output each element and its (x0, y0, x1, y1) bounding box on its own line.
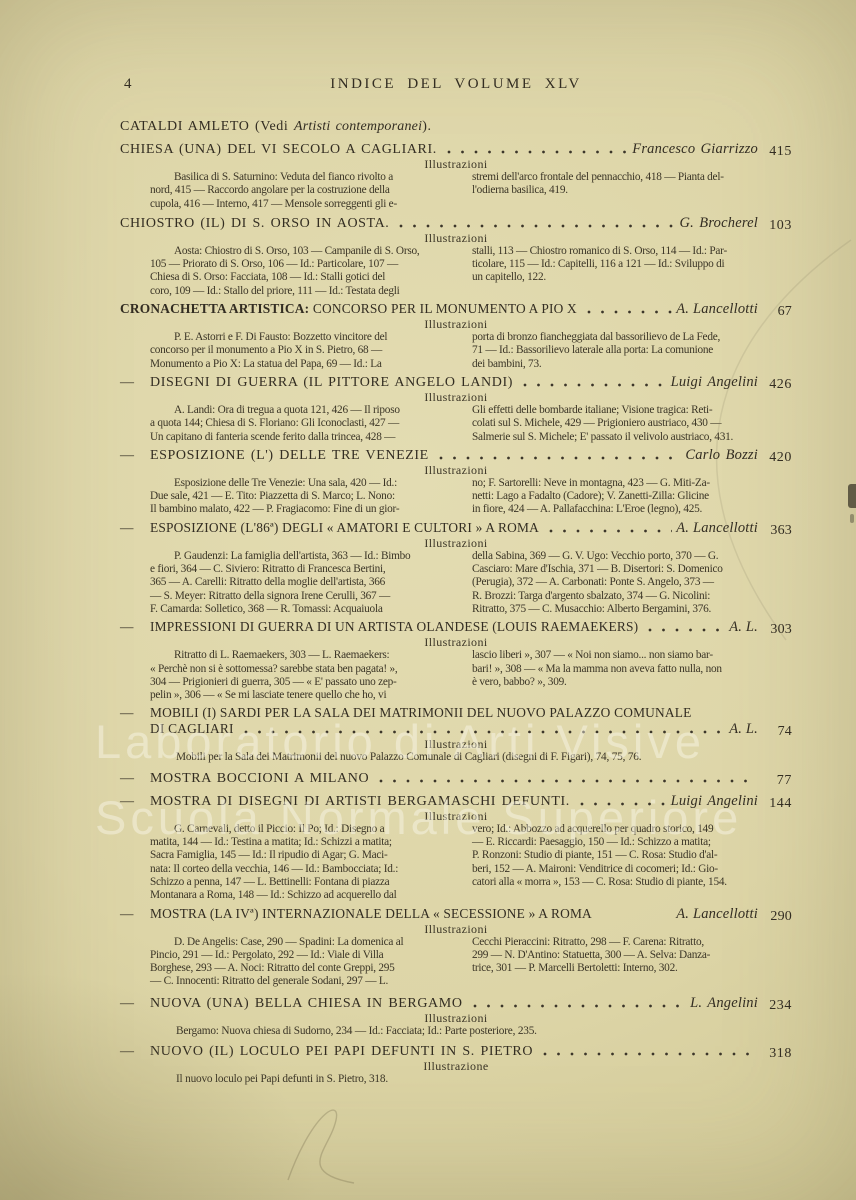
entry-author: A. Lancellotti (676, 301, 758, 317)
illustrations-column-left: Basilica di S. Saturnino: Veduta del fia… (150, 171, 460, 211)
illustrations-label: Illustrazioni (120, 391, 792, 404)
index-entry-cataldi: CATALDI AMLETO (Vedi Artisti contemporan… (120, 119, 792, 135)
entry-author: Carlo Bozzi (685, 447, 758, 463)
entry-title: DISEGNI DI GUERRA (IL PITTORE ANGELO LAN… (150, 375, 513, 391)
illustrations-column-left: A. Landi: Ora di tregua a quota 121, 426… (150, 404, 460, 444)
entry-title: MOSTRA (LA IVª) INTERNAZIONALE DELLA « S… (150, 906, 592, 922)
illustrations-text: Aosta: Chiostro di S. Orso, 103 — Campan… (150, 245, 792, 298)
dot-leader (644, 623, 725, 635)
index-entry-mobili-sardi: — MOBILI (I) SARDI PER LA SALA DEI MATRI… (120, 705, 792, 764)
entry-title-line-1: MOBILI (I) SARDI PER LA SALA DEI MATRIMO… (150, 705, 792, 721)
illustrations-label: Illustrazioni (120, 318, 792, 331)
illustrations-column-right: della Sabina, 369 — G. V. Ugo: Vecchio p… (472, 550, 792, 616)
illustrations-text: G. Carnevali, detto il Piccio: Il Po; Id… (150, 823, 792, 903)
subentry-dash: — (120, 794, 150, 810)
illustrations-column-left: G. Carnevali, detto il Piccio: Il Po; Id… (150, 823, 460, 903)
page-header: 4 INDICE DEL VOLUME XLV (120, 76, 792, 94)
entry-title: MOSTRA BOCCIONI A MILANO (150, 771, 369, 787)
entry-page-number: 415 (758, 144, 792, 160)
illustrations-label: Illustrazioni (120, 636, 792, 649)
entry-page-number: 303 (758, 622, 792, 638)
entry-author: A. Lancellotti (676, 906, 758, 922)
index-entry-chiesa: CHIESA (UNA) DEL VI SECOLO A CAGLIARI. F… (120, 141, 792, 211)
illustrations-column-left: Aosta: Chiostro di S. Orso, 103 — Campan… (150, 245, 460, 298)
dot-leader (435, 451, 682, 463)
entry-page-number: 74 (758, 724, 792, 740)
entry-page-number: 77 (758, 773, 792, 789)
scan-edge-mark (850, 514, 854, 523)
entry-title: CHIOSTRO (IL) DI S. ORSO IN AOSTA. (120, 216, 389, 232)
subentry-dash: — (120, 906, 150, 922)
subentry-dash: — (120, 705, 150, 721)
index-entry-tre-venezie: — ESPOSIZIONE (L') DELLE TRE VENEZIE Car… (120, 447, 792, 517)
index-entry-chiostro: CHIOSTRO (IL) DI S. ORSO IN AOSTA. G. Br… (120, 215, 792, 298)
illustrations-text: P. Gaudenzi: La famiglia dell'artista, 3… (150, 550, 792, 616)
illustrations-label: Illustrazioni (120, 810, 792, 823)
illustrations-column-right: porta di bronzo fiancheggiata dal bassor… (472, 331, 792, 371)
index-entry-impressioni: — IMPRESSIONI DI GUERRA DI UN ARTISTA OL… (120, 619, 792, 702)
illustrations-column-left: P. Gaudenzi: La famiglia dell'artista, 3… (150, 550, 460, 616)
entry-page-number: 426 (758, 377, 792, 393)
illustrations-label: Illustrazioni (120, 232, 792, 245)
illustrations-label: Illustrazioni (120, 923, 792, 936)
dot-leader (583, 305, 672, 317)
scan-edge-mark (848, 484, 856, 508)
scanned-index-page: { "colors": {"paper": "#ddd5a7", "ink": … (0, 0, 856, 1200)
entry-title-text: CONCORSO PER IL MONUMENTO A PIO X (313, 301, 577, 316)
entry-title: NUOVA (UNA) BELLA CHIESA IN BERGAMO (150, 996, 463, 1012)
illustrations-label: Illustrazione (120, 1060, 792, 1073)
subentry-dash: — (120, 996, 150, 1012)
index-entry-cronachetta: CRONACHETTA ARTISTICA: CONCORSO PER IL M… (120, 301, 792, 371)
index-entry-nuova-chiesa: — NUOVA (UNA) BELLA CHIESA IN BERGAMO L.… (120, 995, 792, 1038)
illustrations-column-left: Ritratto di L. Raemaekers, 303 — L. Raem… (150, 649, 460, 702)
subentry-dash: — (120, 520, 150, 536)
entry-title: CHIESA (UNA) DEL VI SECOLO A CAGLIARI. (120, 142, 437, 158)
entry-title: ESPOSIZIONE (L') DELLE TRE VENEZIE (150, 448, 429, 464)
entry-page-number: 318 (758, 1046, 792, 1062)
dot-leader (545, 524, 672, 536)
entry-title-text: CATALDI AMLETO (Vedi (120, 119, 294, 134)
illustrations-column-right: no; F. Sartorelli: Neve in montagna, 423… (472, 477, 792, 517)
illustrations-label: Illustrazioni (120, 1012, 792, 1025)
illustrations-note: Il nuovo loculo pei Papi defunti in S. P… (150, 1073, 792, 1086)
dot-leader (375, 774, 754, 786)
subentry-dash: — (120, 448, 150, 464)
volume-index-title: INDICE DEL VOLUME XLV (330, 76, 582, 93)
entry-page-number: 144 (758, 796, 792, 812)
subentry-dash: — (120, 375, 150, 391)
entry-title-text: DI CAGLIARI (150, 721, 234, 737)
entry-title-block: MOBILI (I) SARDI PER LA SALA DEI MATRIMO… (150, 705, 792, 738)
subentry-dash: — (120, 619, 150, 635)
illustrations-column-left: Esposizione delle Tre Venezie: Una sala,… (150, 477, 460, 517)
entry-author: A. Lancellotti (676, 520, 758, 536)
subentry-dash: — (120, 771, 150, 787)
entry-author: G. Brocherel (679, 215, 758, 231)
entry-page-number: 67 (758, 304, 792, 320)
illustrations-text: P. E. Astorri e F. Di Fausto: Bozzetto v… (150, 331, 792, 371)
entry-title: MOSTRA DI DISEGNI DI ARTISTI BERGAMASCHI… (150, 794, 570, 810)
index-entry-nuovo-loculo: — NUOVO (IL) LOCULO PEI PAPI DEFUNTI IN … (120, 1044, 792, 1086)
illustrations-text: A. Landi: Ora di tregua a quota 121, 426… (150, 404, 792, 444)
page-number: 4 (124, 76, 132, 93)
illustrations-text: Basilica di S. Saturnino: Veduta del fia… (150, 171, 792, 211)
entry-page-number: 363 (758, 523, 792, 539)
illustrations-text: Esposizione delle Tre Venezie: Una sala,… (150, 477, 792, 517)
entry-title: NUOVO (IL) LOCULO PEI PAPI DEFUNTI IN S.… (150, 1044, 533, 1060)
entry-author: Luigi Angelini (671, 374, 758, 390)
entry-title-bold: CRONACHETTA ARTISTICA: (120, 301, 309, 316)
illustrations-column-right: Gli effetti delle bombarde italiane; Vis… (472, 404, 792, 444)
entry-title: CATALDI AMLETO (Vedi Artisti contemporan… (120, 119, 432, 135)
illustrations-column-right: Cecchi Pieraccini: Ritratto, 298 — F. Ca… (472, 936, 792, 989)
subentry-dash: — (120, 1044, 150, 1060)
index-entry-amatori-cultori: — ESPOSIZIONE (L'86ª) DEGLI « AMATORI E … (120, 520, 792, 616)
illustrations-label: Illustrazioni (120, 464, 792, 477)
index-entry-disegni: — DISEGNI DI GUERRA (IL PITTORE ANGELO L… (120, 374, 792, 444)
entry-author: A. L. (729, 721, 758, 737)
index-entry-secessione: — MOSTRA (LA IVª) INTERNAZIONALE DELLA «… (120, 906, 792, 989)
dot-leader (469, 999, 687, 1011)
illustrations-label: Illustrazioni (120, 537, 792, 550)
dot-leader (240, 725, 726, 737)
entry-author: A. L. (729, 619, 758, 635)
entry-title-line-2: DI CAGLIARI A. L. 74 (150, 721, 792, 738)
entry-author: Francesco Giarrizzo (632, 141, 758, 157)
illustrations-column-right: stremi dell'arco frontale del pennacchio… (472, 171, 792, 211)
entry-page-number: 420 (758, 450, 792, 466)
illustrations-label: Illustrazioni (120, 738, 792, 751)
illustrations-column-left: D. De Angelis: Case, 290 — Spadini: La d… (150, 936, 460, 989)
entry-title-text: ). (422, 119, 431, 134)
entry-author: L. Angelini (690, 995, 758, 1011)
entry-title: CRONACHETTA ARTISTICA: CONCORSO PER IL M… (120, 301, 577, 317)
illustrations-text: D. De Angelis: Case, 290 — Spadini: La d… (150, 936, 792, 989)
entry-page-number: 234 (758, 998, 792, 1014)
illustrations-column-left: P. E. Astorri e F. Di Fausto: Bozzetto v… (150, 331, 460, 371)
entry-title: ESPOSIZIONE (L'86ª) DEGLI « AMATORI E CU… (150, 520, 539, 536)
entry-title-italic: Artisti contemporanei (294, 119, 422, 134)
entry-author: Luigi Angelini (671, 793, 758, 809)
entry-title: IMPRESSIONI DI GUERRA DI UN ARTISTA OLAN… (150, 619, 638, 635)
illustrations-note: Mobili per la Sala dei Matrimonii del nu… (150, 751, 792, 764)
illustrations-column-right: lascio liberi », 307 — « Noi non siamo..… (472, 649, 792, 702)
dot-leader (539, 1047, 754, 1059)
dot-leader (443, 145, 628, 157)
illustrations-note: Bergamo: Nuova chiesa di Sudorno, 234 — … (150, 1025, 792, 1038)
pencil-scribble (268, 1085, 418, 1195)
index-entry-boccioni: — MOSTRA BOCCIONI A MILANO 77 (120, 771, 792, 787)
illustrations-text: Ritratto di L. Raemaekers, 303 — L. Raem… (150, 649, 792, 702)
index-entry-bergamaschi: — MOSTRA DI DISEGNI DI ARTISTI BERGAMASC… (120, 793, 792, 903)
entry-page-number: 290 (758, 909, 792, 925)
illustrations-column-right: stalli, 113 — Chiostro romanico di S. Or… (472, 245, 792, 298)
dot-leader (519, 378, 667, 390)
dot-leader (395, 219, 675, 231)
spacer (598, 910, 672, 922)
illustrations-column-right: vero; Id.: Abbozzo ad acquerello per qua… (472, 823, 792, 903)
illustrations-label: Illustrazioni (120, 158, 792, 171)
dot-leader (576, 797, 667, 809)
entry-page-number: 103 (758, 218, 792, 234)
